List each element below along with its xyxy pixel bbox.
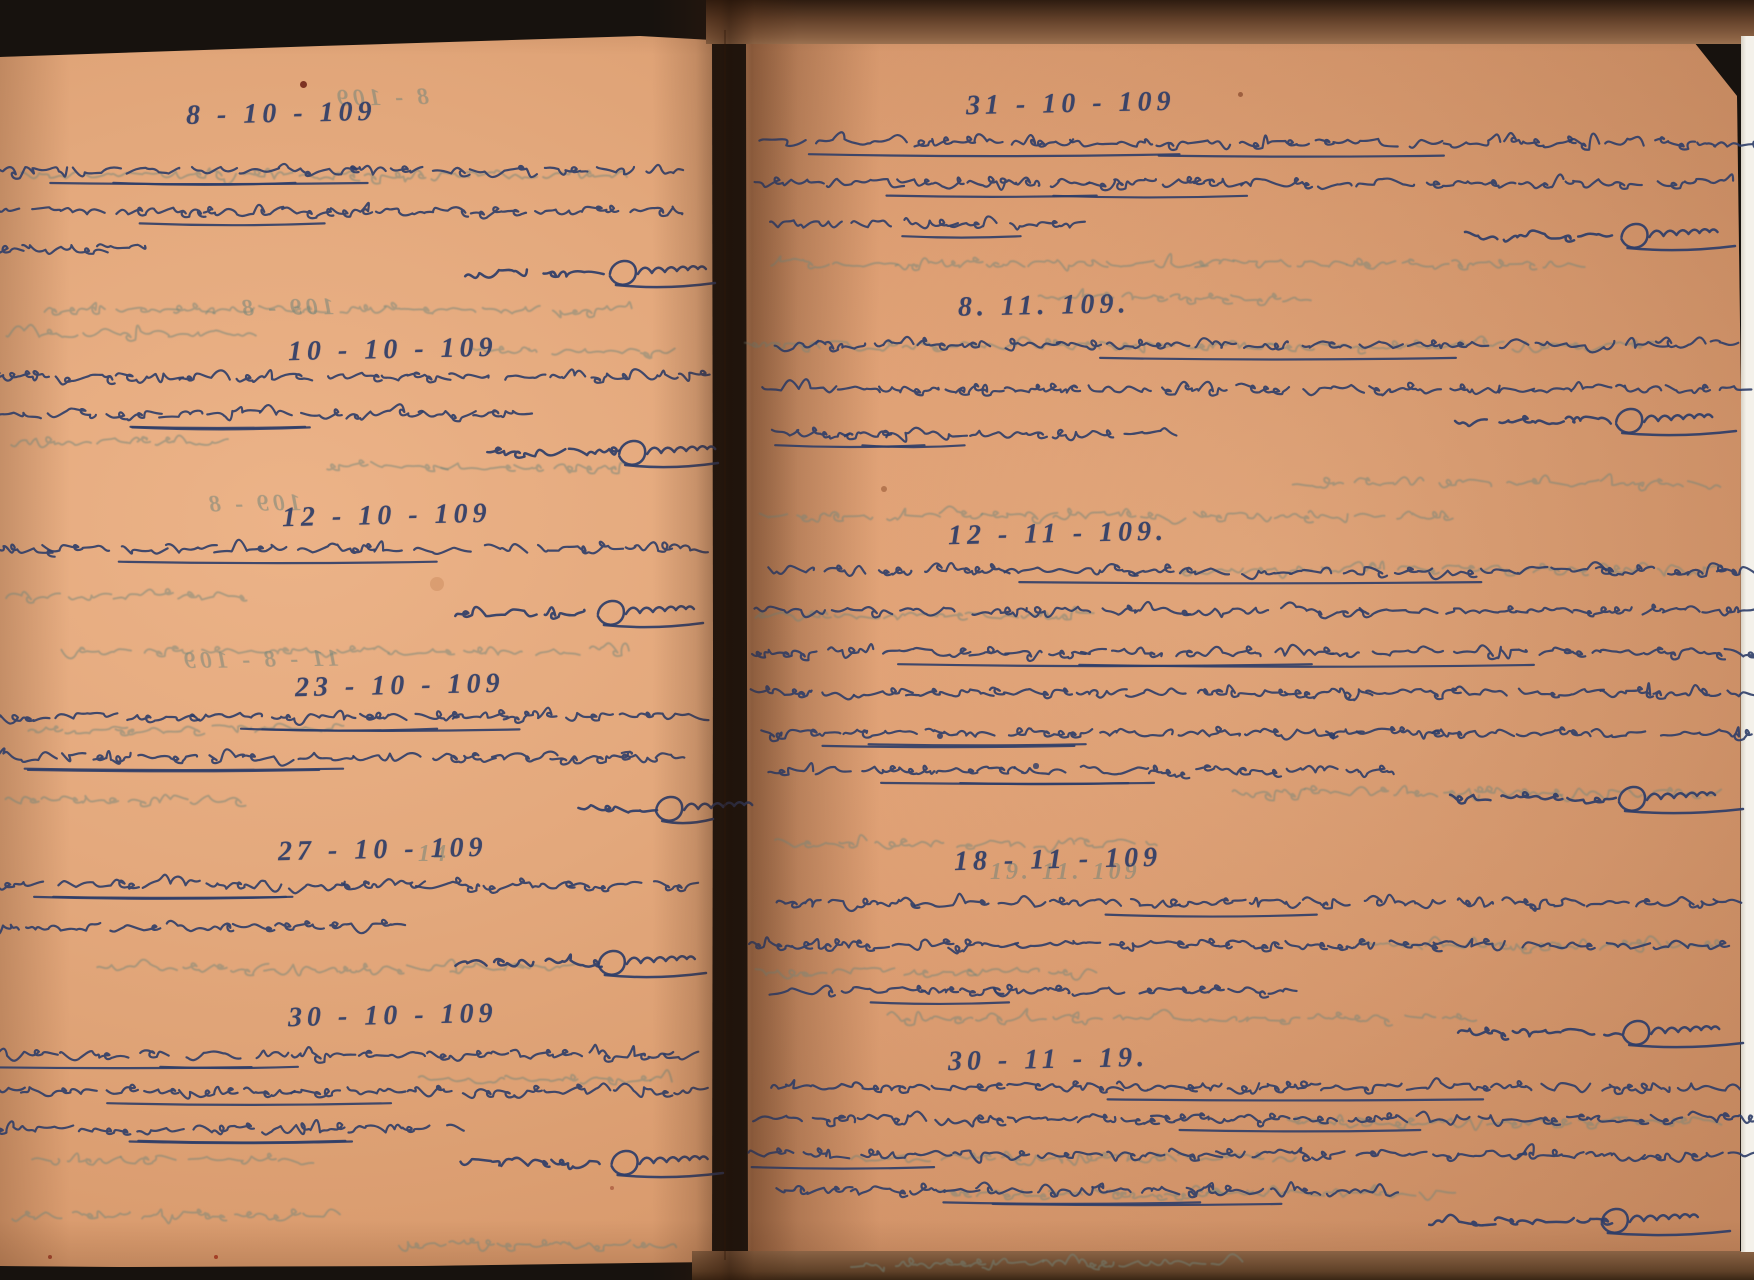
paper-stain [1238, 92, 1243, 97]
paper-stain [214, 1255, 218, 1259]
paper-stain [610, 1186, 615, 1191]
paper-stain [937, 733, 943, 739]
paper-stain [300, 81, 307, 88]
scanned-notebook-spread: 8 - 109109 - 8109 - 811 - 8 - 1091419. 1… [0, 0, 1754, 1280]
paper-stain [1033, 763, 1038, 768]
paper-stain [430, 577, 444, 591]
paper-stain [48, 1255, 52, 1259]
paper-stain-layer [0, 0, 1754, 1280]
paper-stain [881, 486, 887, 492]
